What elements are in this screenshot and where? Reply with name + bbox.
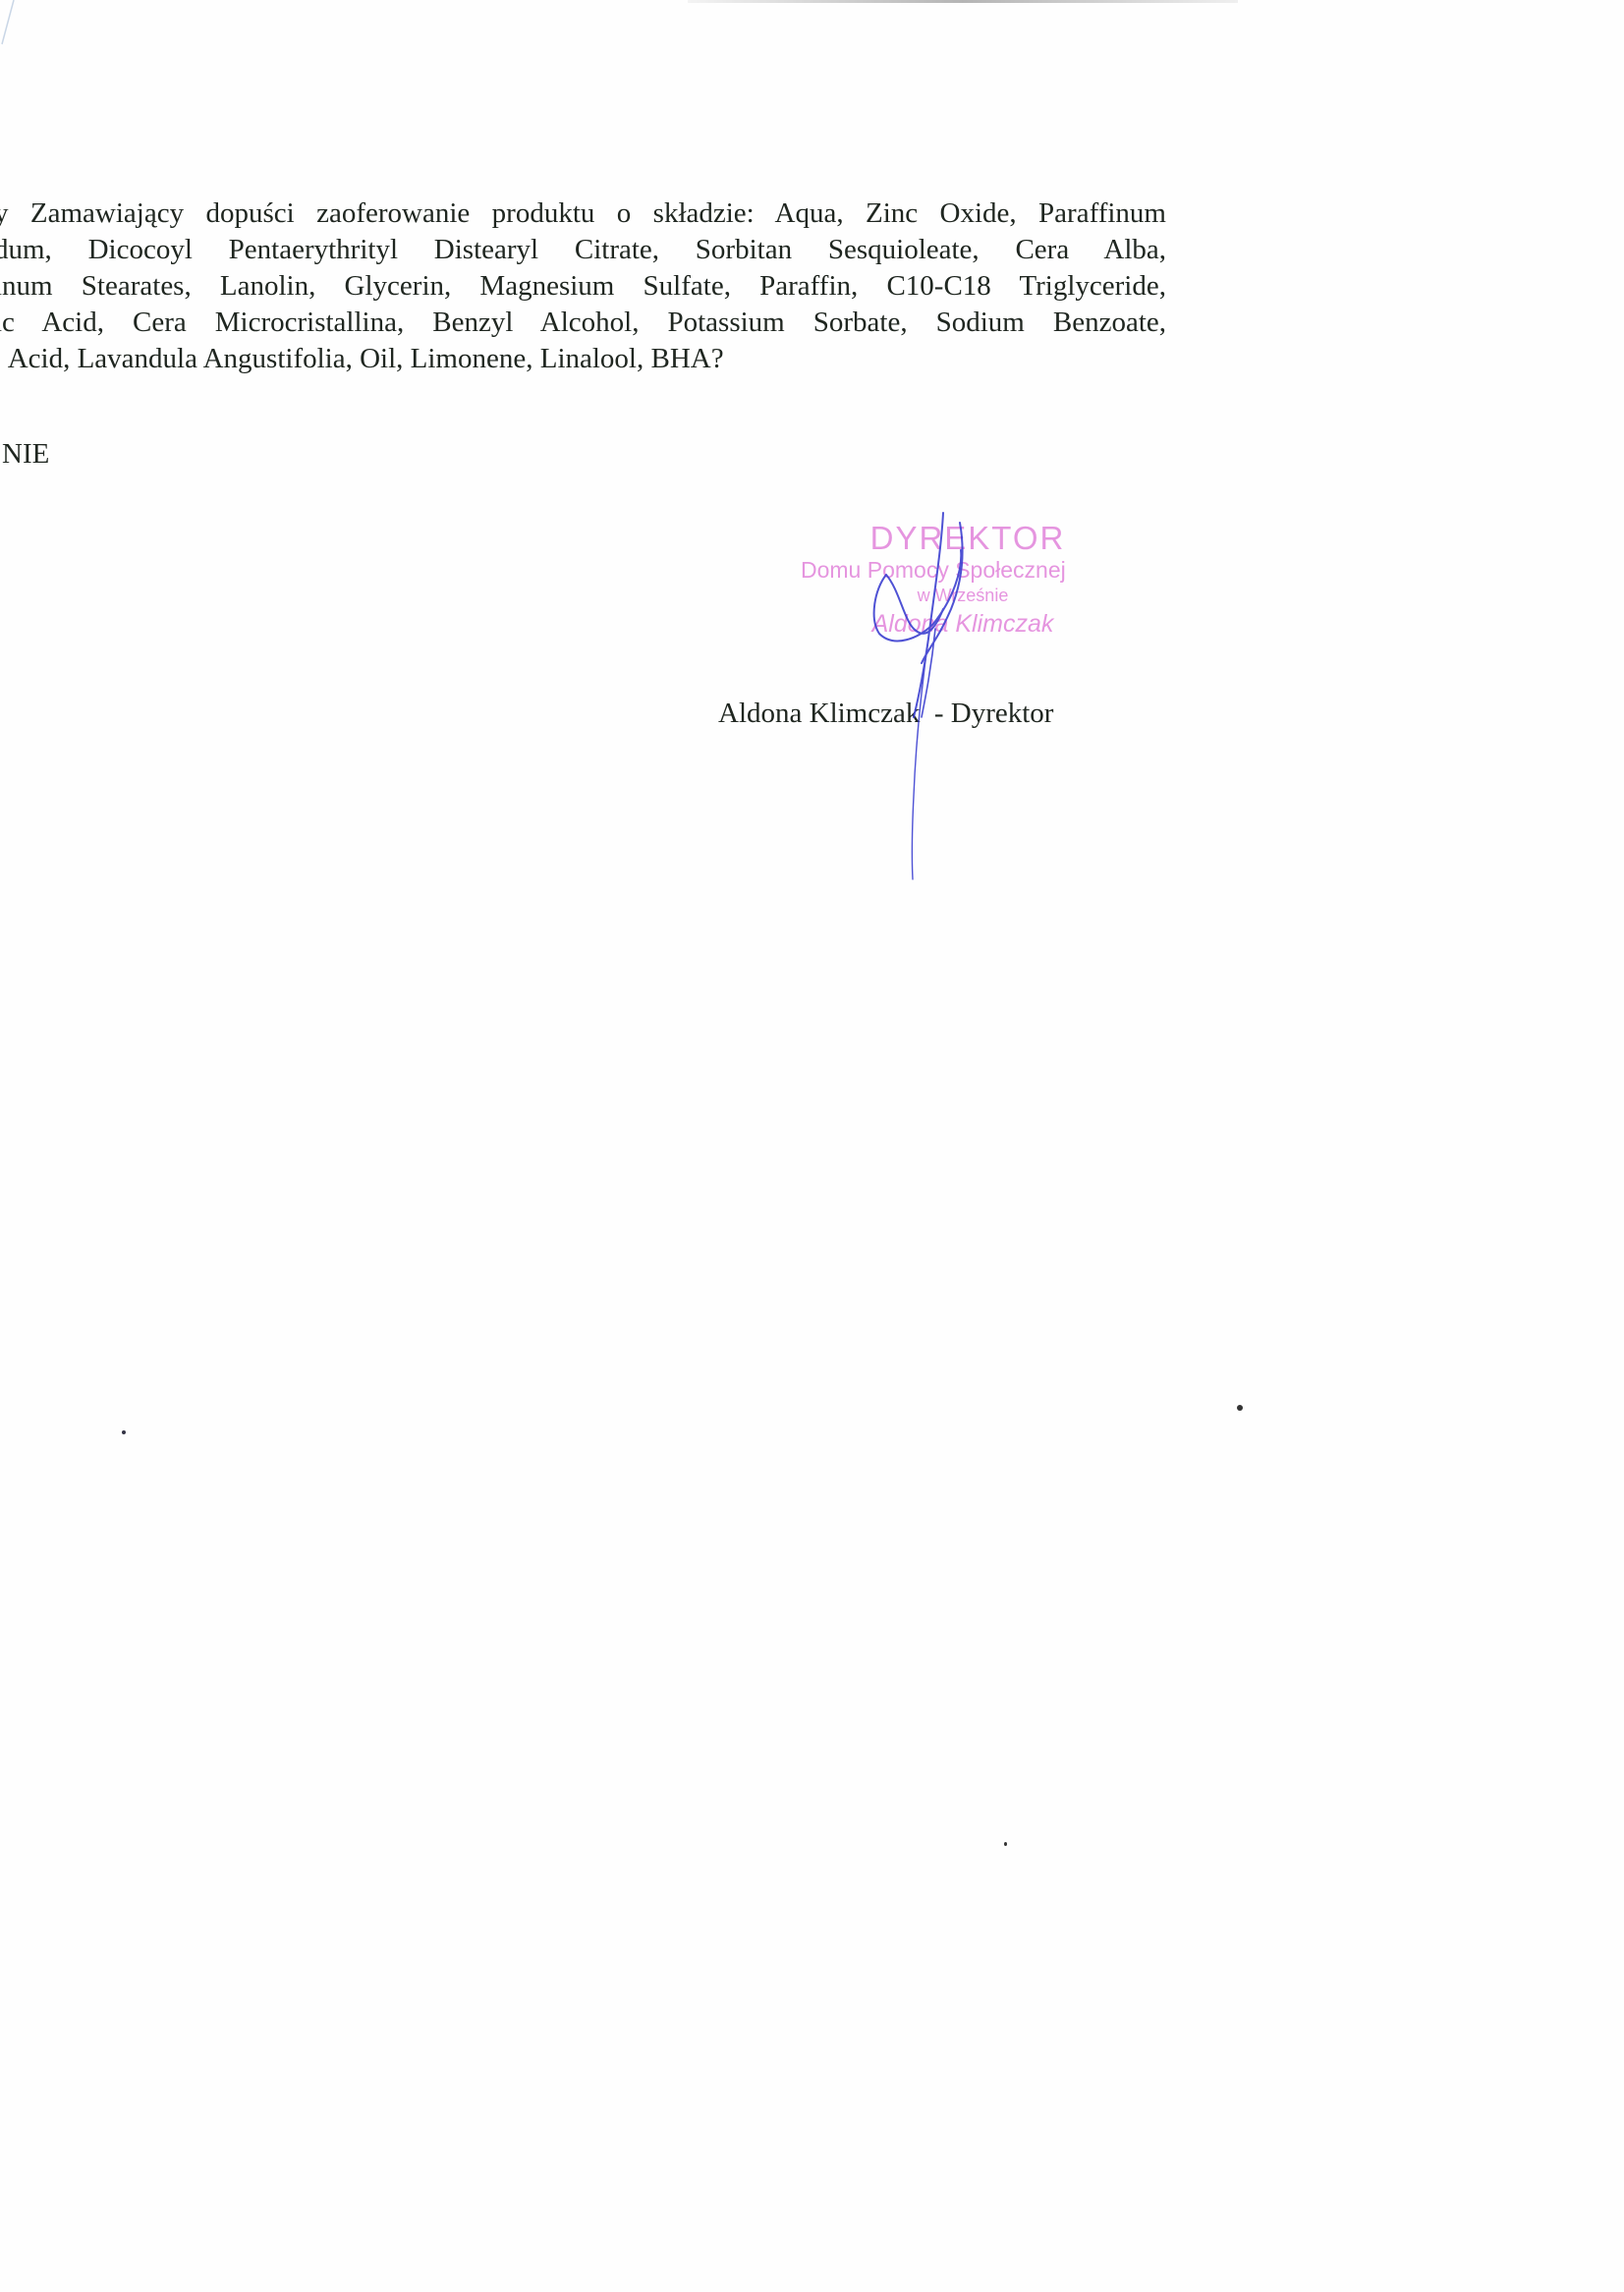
question-line: dum, Dicocoyl Pentaerythrityl Distearyl … — [0, 232, 1166, 268]
stamp-title: DYREKTOR — [786, 521, 1120, 556]
scan-speck — [1237, 1405, 1243, 1411]
answer-text: NIE — [2, 438, 49, 471]
question-line: ic Acid, Cera Microcristallina, Benzyl A… — [0, 305, 1166, 341]
scanned-page: y Zamawiający dopuści zaoferowanie produ… — [0, 0, 1624, 2292]
scan-edge-shadow — [688, 0, 1238, 3]
question-line: y Zamawiający dopuści zaoferowanie produ… — [0, 196, 1166, 232]
question-line: : Acid, Lavandula Angustifolia, Oil, Lim… — [0, 341, 1166, 377]
signature-line-text: Aldona Klimczak - Dyrektor — [718, 698, 1053, 730]
scan-speck — [1004, 1842, 1007, 1846]
scan-speck — [122, 1430, 126, 1434]
stamp-name: Aldona Klimczak — [786, 607, 1120, 641]
scan-corner-mark — [0, 0, 59, 59]
stamp-location: w Wrześnie — [786, 584, 1120, 607]
question-line: inum Stearates, Lanolin, Glycerin, Magne… — [0, 268, 1166, 305]
question-paragraph: y Zamawiający dopuści zaoferowanie produ… — [0, 196, 1166, 377]
official-stamp: DYREKTOR Domu Pomocy Społecznej w Wrześn… — [786, 521, 1120, 641]
stamp-institution: Domu Pomocy Społecznej — [786, 556, 1120, 584]
